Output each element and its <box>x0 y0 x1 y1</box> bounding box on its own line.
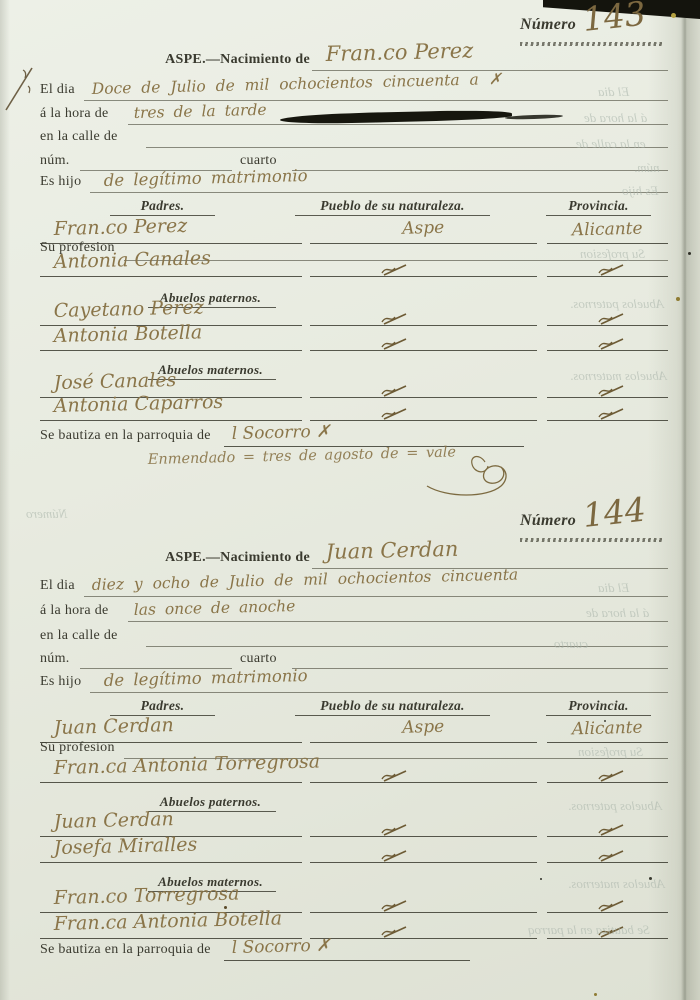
bleedthrough-text: Abuelos paternos. <box>568 798 662 814</box>
person-name: José Canales <box>53 369 176 394</box>
num-label: núm. <box>40 153 70 169</box>
bleedthrough-text: El dia <box>598 84 629 100</box>
es-hijo-label: Es hijo <box>40 174 81 190</box>
paper-speck <box>540 878 542 880</box>
numero-ornament-rule <box>520 538 662 542</box>
ditto-mark-icon <box>380 310 410 327</box>
person-name: Antonia Caparros <box>53 391 223 417</box>
page-edge-crease <box>681 0 690 1000</box>
person-row-line <box>310 912 537 913</box>
es-hijo-label: Es hijo <box>40 674 81 690</box>
ink-blot-redaction <box>280 109 512 124</box>
ditto-mark-icon <box>597 847 627 864</box>
numero-ornament-rule <box>520 42 662 46</box>
ditto-mark <box>380 847 410 864</box>
person-pueblo: Aspe <box>310 215 537 241</box>
parroquia-value: l Socorro ✗ <box>232 936 331 958</box>
ditto-mark <box>380 405 410 422</box>
person-row-line <box>310 420 537 421</box>
ditto-mark <box>597 897 627 914</box>
cuarto-label: cuarto <box>240 651 277 667</box>
ditto-mark <box>597 261 627 278</box>
numero-label: Número <box>520 16 576 34</box>
record-number: 144 <box>581 490 648 535</box>
ditto-mark <box>380 897 410 914</box>
bleedthrough-text: cuarto <box>554 636 588 652</box>
ditto-mark-icon <box>380 923 410 940</box>
ditto-mark <box>380 382 410 399</box>
ditto-mark-icon <box>380 821 410 838</box>
bleedthrough-text: núm. <box>634 160 660 176</box>
ditto-mark <box>380 821 410 838</box>
person-row-line <box>310 782 537 783</box>
bleedthrough-text: Abuelos paternos. <box>570 296 664 312</box>
child-name: Juan Cerdan <box>325 537 458 564</box>
person-name: Antonia Canales <box>53 247 211 273</box>
num-label: núm. <box>40 651 70 667</box>
provincia-header: Provincia. <box>546 198 651 214</box>
person-name: Cayetano Perez <box>53 296 204 322</box>
bleedthrough-text: Es hijo <box>622 183 658 199</box>
ditto-mark <box>380 923 410 940</box>
rubric-flourish <box>425 446 521 500</box>
padres-header: Padres. <box>110 698 215 714</box>
ditto-mark-icon <box>380 847 410 864</box>
person-row-line <box>310 862 537 863</box>
es-hijo-value: de legítimo matrimonio <box>104 666 308 690</box>
bautiza-label: Se bautiza en la parroquia de <box>40 428 211 444</box>
person-row-line <box>310 397 537 398</box>
margin-check-mark <box>2 58 42 114</box>
ditto-mark-icon <box>380 382 410 399</box>
cuarto-line <box>292 170 668 171</box>
hora-value: las once de anoche <box>134 597 296 619</box>
person-name: Juan Cerdan <box>53 714 174 739</box>
person-name: Josefa Miralles <box>53 833 197 859</box>
el-dia-value: Doce de Julio de mil ochocientos cincuen… <box>92 70 502 98</box>
ditto-mark-icon <box>380 897 410 914</box>
document-page: Número143ASPE.—Nacimiento deFran.co Pere… <box>0 0 700 1000</box>
person-row-line <box>40 782 302 783</box>
ditto-mark-icon <box>597 335 627 352</box>
ditto-mark-icon <box>380 767 410 784</box>
person-provincia: Alicante <box>547 717 668 740</box>
person-name: Juan Cerdan <box>53 808 174 833</box>
person-row-line <box>547 243 668 244</box>
page-curl-shading <box>648 0 700 1000</box>
ditto-mark <box>597 847 627 864</box>
calle-line <box>146 646 668 647</box>
child-name: Fran.co Perez <box>325 38 473 66</box>
ditto-mark <box>380 767 410 784</box>
paper-speck <box>604 720 606 722</box>
provincia-header-rule <box>546 715 651 716</box>
person-row-line <box>310 742 537 743</box>
paper-speck <box>688 252 691 255</box>
el-dia-line <box>84 596 668 597</box>
person-name: Fran.ca Antonia Botella <box>53 907 282 935</box>
provincia-header: Provincia. <box>546 698 651 714</box>
person-row-line <box>40 862 302 863</box>
person-name: Antonia Botella <box>53 321 202 347</box>
cuarto-line <box>292 668 668 669</box>
ditto-mark <box>597 767 627 784</box>
ink-blot-tail <box>505 114 563 120</box>
ditto-mark <box>380 261 410 278</box>
bleedthrough-text: El dia <box>598 580 629 596</box>
bleedthrough-text: á la hora de <box>586 605 649 621</box>
bleedthrough-text: á la hora de <box>584 110 647 126</box>
ditto-mark-icon <box>380 261 410 278</box>
es-hijo-line <box>90 692 668 693</box>
person-provincia: Alicante <box>547 218 668 241</box>
person-row-line <box>310 350 537 351</box>
ditto-mark <box>380 335 410 352</box>
person-row-line <box>310 325 537 326</box>
ditto-mark-icon <box>597 897 627 914</box>
aspe-header-label: ASPE.—Nacimiento de <box>95 550 310 566</box>
ditto-mark <box>597 382 627 399</box>
person-pueblo: Aspe <box>310 714 537 740</box>
el-dia-label: El dia <box>40 82 75 98</box>
aspe-header-label: ASPE.—Nacimiento de <box>95 52 310 68</box>
el-dia-value: diez y ocho de Julio de mil ochocientos … <box>92 566 519 594</box>
person-row-line <box>547 742 668 743</box>
su-profesion-label: Su profesion <box>40 740 115 756</box>
person-row-line <box>310 276 537 277</box>
paper-speck <box>671 13 676 18</box>
ditto-mark-icon <box>597 767 627 784</box>
el-dia-line <box>84 100 668 101</box>
person-name: Fran.co Torregrosa <box>53 882 239 909</box>
person-row-line <box>310 243 537 244</box>
ditto-mark-icon <box>380 405 410 422</box>
paper-speck <box>676 297 680 301</box>
hora-value: tres de la tarde <box>134 101 267 122</box>
ditto-mark <box>597 821 627 838</box>
provincia-header-rule <box>546 215 651 216</box>
rubric-flourish-icon <box>425 446 521 500</box>
ditto-mark <box>597 335 627 352</box>
es-hijo-value: de legítimo matrimonio <box>104 166 308 190</box>
el-dia-label: El dia <box>40 578 75 594</box>
padres-header: Padres. <box>110 198 215 214</box>
person-row-line <box>310 938 537 939</box>
bautiza-line <box>224 960 470 961</box>
ditto-mark <box>597 405 627 422</box>
person-row-line <box>310 836 537 837</box>
paper-speck <box>224 906 227 909</box>
bautiza-label: Se bautiza en la parroquia de <box>40 942 211 958</box>
ditto-mark <box>380 310 410 327</box>
bleedthrough-text: Su profesion <box>578 744 643 760</box>
hora-line <box>128 621 668 622</box>
person-name: Fran.co Perez <box>53 215 187 240</box>
parroquia-value: l Socorro ✗ <box>232 422 331 444</box>
bleedthrough-text: Se bautiza en la parroq <box>528 922 650 938</box>
hora-label: á la hora de <box>40 106 109 122</box>
ditto-mark-icon <box>597 821 627 838</box>
calle-label: en la calle de <box>40 129 118 145</box>
hora-label: á la hora de <box>40 603 109 619</box>
ditto-mark <box>597 310 627 327</box>
ditto-mark-icon <box>380 335 410 352</box>
pueblo-header: Pueblo de su naturaleza. <box>295 198 490 214</box>
slash-mark-icon <box>2 58 42 114</box>
enmendado-note: Enmendado = tres de agosto de = vale <box>148 444 457 468</box>
paper-speck <box>594 993 597 996</box>
record-number: 143 <box>581 0 648 39</box>
ditto-mark-icon <box>597 382 627 399</box>
person-row-line <box>40 276 302 277</box>
numero-label: Número <box>520 512 576 530</box>
bleedthrough-text: Su profesion <box>580 246 645 262</box>
ditto-mark-icon <box>597 261 627 278</box>
pueblo-header-rule <box>295 215 490 216</box>
person-row-line <box>40 420 302 421</box>
es-hijo-line <box>90 192 668 193</box>
bleedthrough-text: Abuelos maternos. <box>570 368 667 384</box>
paper-speck <box>649 877 652 880</box>
bleedthrough-text: en la calle de <box>576 136 646 152</box>
page-left-edge-shadow <box>0 0 10 1000</box>
bleedthrough-text: Número <box>26 506 67 522</box>
person-row-line <box>40 350 302 351</box>
ditto-mark-icon <box>597 405 627 422</box>
ditto-mark-icon <box>597 310 627 327</box>
pueblo-header: Pueblo de su naturaleza. <box>295 698 490 714</box>
calle-label: en la calle de <box>40 628 118 644</box>
